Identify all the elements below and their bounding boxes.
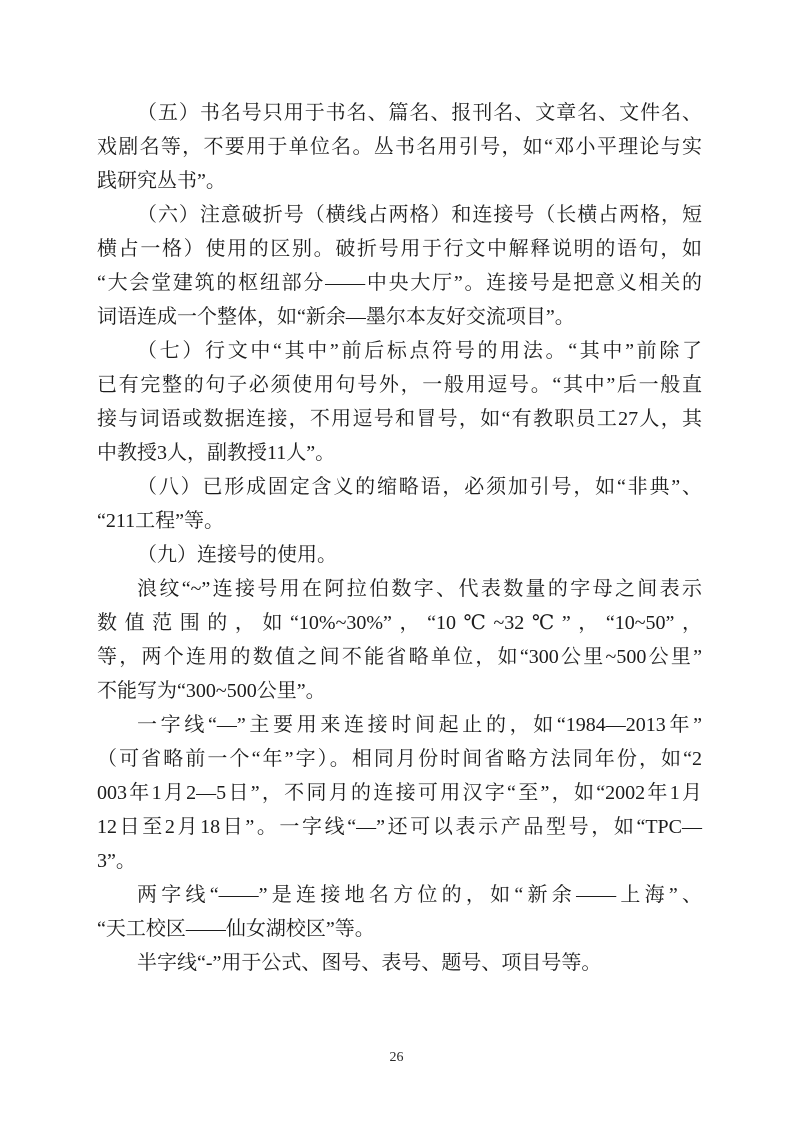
text-line: 横占一格）使用的区别。破折号用于行文中解释说明的语句，如 (97, 232, 702, 266)
text-line: 已有完整的句子必须使用句号外，一般用逗号。“其中”后一般直 (97, 368, 702, 402)
text-line: “大会堂建筑的枢纽部分——中央大厅”。连接号是把意义相关的 (97, 266, 702, 300)
text-line: （六）注意破折号（横线占两格）和连接号（长横占两格，短 (97, 198, 702, 232)
paragraph: （五）书名号只用于书名、篇名、报刊名、文章名、文件名、戏剧名等，不要用于单位名。… (97, 96, 702, 198)
text-line: 戏剧名等，不要用于单位名。丛书名用引号，如“邓小平理论与实 (97, 130, 702, 164)
text-line: （七）行文中“其中”前后标点符号的用法。“其中”前除了 (97, 334, 702, 368)
page-number: 26 (390, 1050, 404, 1065)
text-block: （五）书名号只用于书名、篇名、报刊名、文章名、文件名、戏剧名等，不要用于单位名。… (97, 96, 702, 980)
paragraph: （九）连接号的使用。 (97, 538, 702, 572)
text-line: 等，两个连用的数值之间不能省略单位，如“300公里~500公里” (97, 640, 702, 674)
paragraph: 两字线“——”是连接地名方位的，如“新余——上海”、“天工校区——仙女湖校区”等… (97, 878, 702, 946)
text-line: 中教授3人，副教授11人”。 (97, 436, 702, 470)
text-line: 半字线“-”用于公式、图号、表号、题号、项目号等。 (97, 946, 702, 980)
text-line: 不能写为“300~500公里”。 (97, 674, 702, 708)
paragraph: 一字线“—”主要用来连接时间起止的，如“1984—2013年”（可省略前一个“年… (97, 708, 702, 878)
text-line: 数值范围的，如“10%~30%”，“10℃~32℃”，“10~50”， (97, 606, 702, 640)
text-line: 003年1月2—5日”，不同月的连接可用汉字“至”，如“2002年1月 (97, 776, 702, 810)
text-line: （八）已形成固定含义的缩略语，必须加引号，如“非典”、 (97, 470, 702, 504)
paragraph: （七）行文中“其中”前后标点符号的用法。“其中”前除了已有完整的句子必须使用句号… (97, 334, 702, 470)
page-footer: 26 (0, 1048, 793, 1066)
text-line: 浪纹“~”连接号用在阿拉伯数字、代表数量的字母之间表示 (97, 572, 702, 606)
text-line: “211工程”等。 (97, 504, 702, 538)
paragraph: （六）注意破折号（横线占两格）和连接号（长横占两格，短横占一格）使用的区别。破折… (97, 198, 702, 334)
text-line: （五）书名号只用于书名、篇名、报刊名、文章名、文件名、 (97, 96, 702, 130)
text-line: “天工校区——仙女湖校区”等。 (97, 912, 702, 946)
text-line: 词语连成一个整体，如“新余—墨尔本友好交流项目”。 (97, 300, 702, 334)
paragraph: 浪纹“~”连接号用在阿拉伯数字、代表数量的字母之间表示数值范围的，如“10%~3… (97, 572, 702, 708)
paragraph: （八）已形成固定含义的缩略语，必须加引号，如“非典”、“211工程”等。 (97, 470, 702, 538)
text-line: （九）连接号的使用。 (97, 538, 702, 572)
text-line: （可省略前一个“年”字）。相同月份时间省略方法同年份，如“2 (97, 742, 702, 776)
text-line: 两字线“——”是连接地名方位的，如“新余——上海”、 (97, 878, 702, 912)
text-line: 一字线“—”主要用来连接时间起止的，如“1984—2013年” (97, 708, 702, 742)
text-line: 践研究丛书”。 (97, 164, 702, 198)
paragraph: 半字线“-”用于公式、图号、表号、题号、项目号等。 (97, 946, 702, 980)
text-line: 接与词语或数据连接，不用逗号和冒号，如“有教职员工27人，其 (97, 402, 702, 436)
text-line: 3”。 (97, 844, 702, 878)
document-page: （五）书名号只用于书名、篇名、报刊名、文章名、文件名、戏剧名等，不要用于单位名。… (0, 0, 793, 1122)
text-line: 12日至2月18日”。一字线“—”还可以表示产品型号，如“TPC— (97, 810, 702, 844)
